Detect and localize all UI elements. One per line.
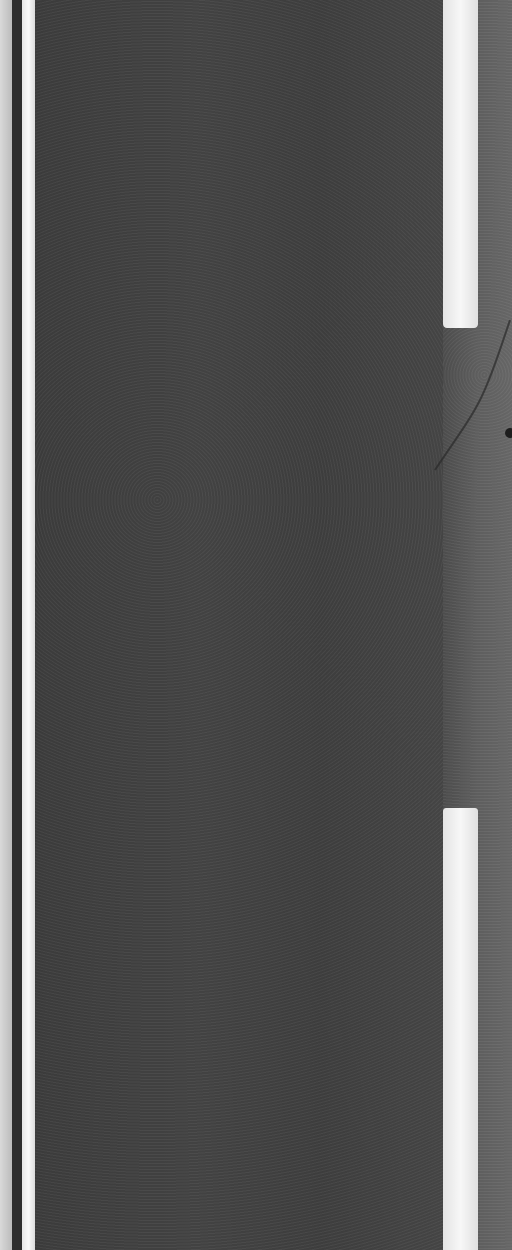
pavement-crack (430, 320, 512, 480)
lane-dash-marking (443, 0, 478, 328)
solid-edge-line (22, 0, 35, 1250)
lane-dash-marking (443, 808, 478, 1250)
asphalt-lane (35, 0, 443, 1250)
road-photo: Top-down grayscale photograph of an asph… (0, 0, 512, 1250)
left-gutter (12, 0, 22, 1250)
left-shoulder (0, 0, 12, 1250)
